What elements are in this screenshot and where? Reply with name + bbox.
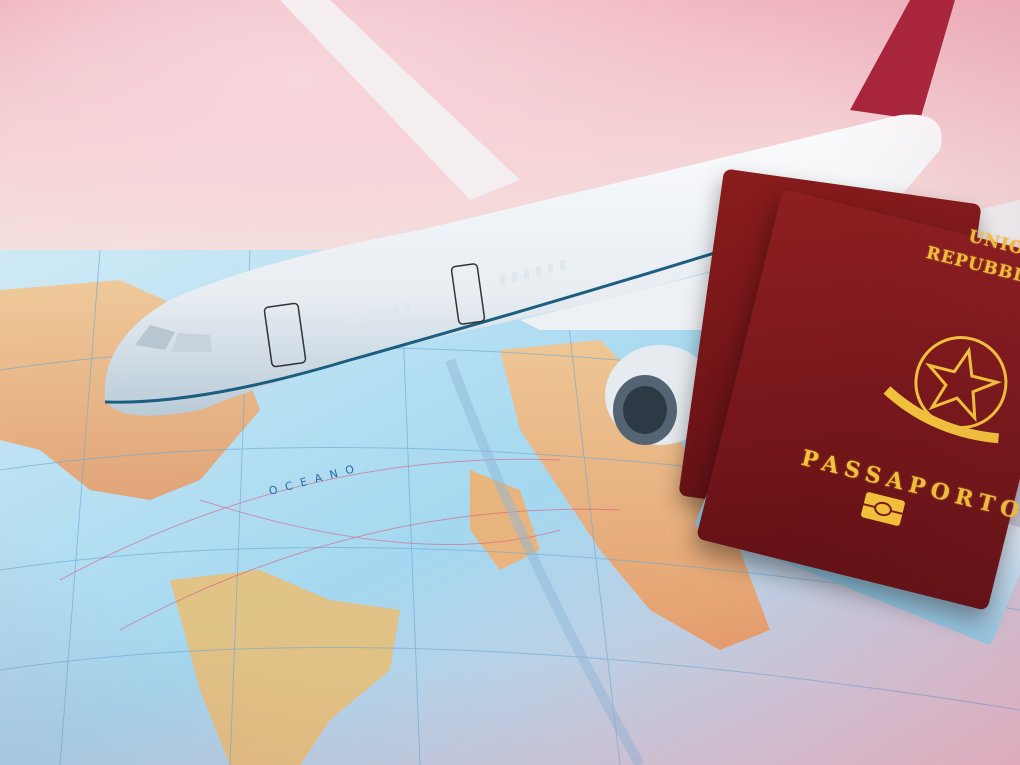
photo-scene: OCEANO [0, 0, 1020, 765]
